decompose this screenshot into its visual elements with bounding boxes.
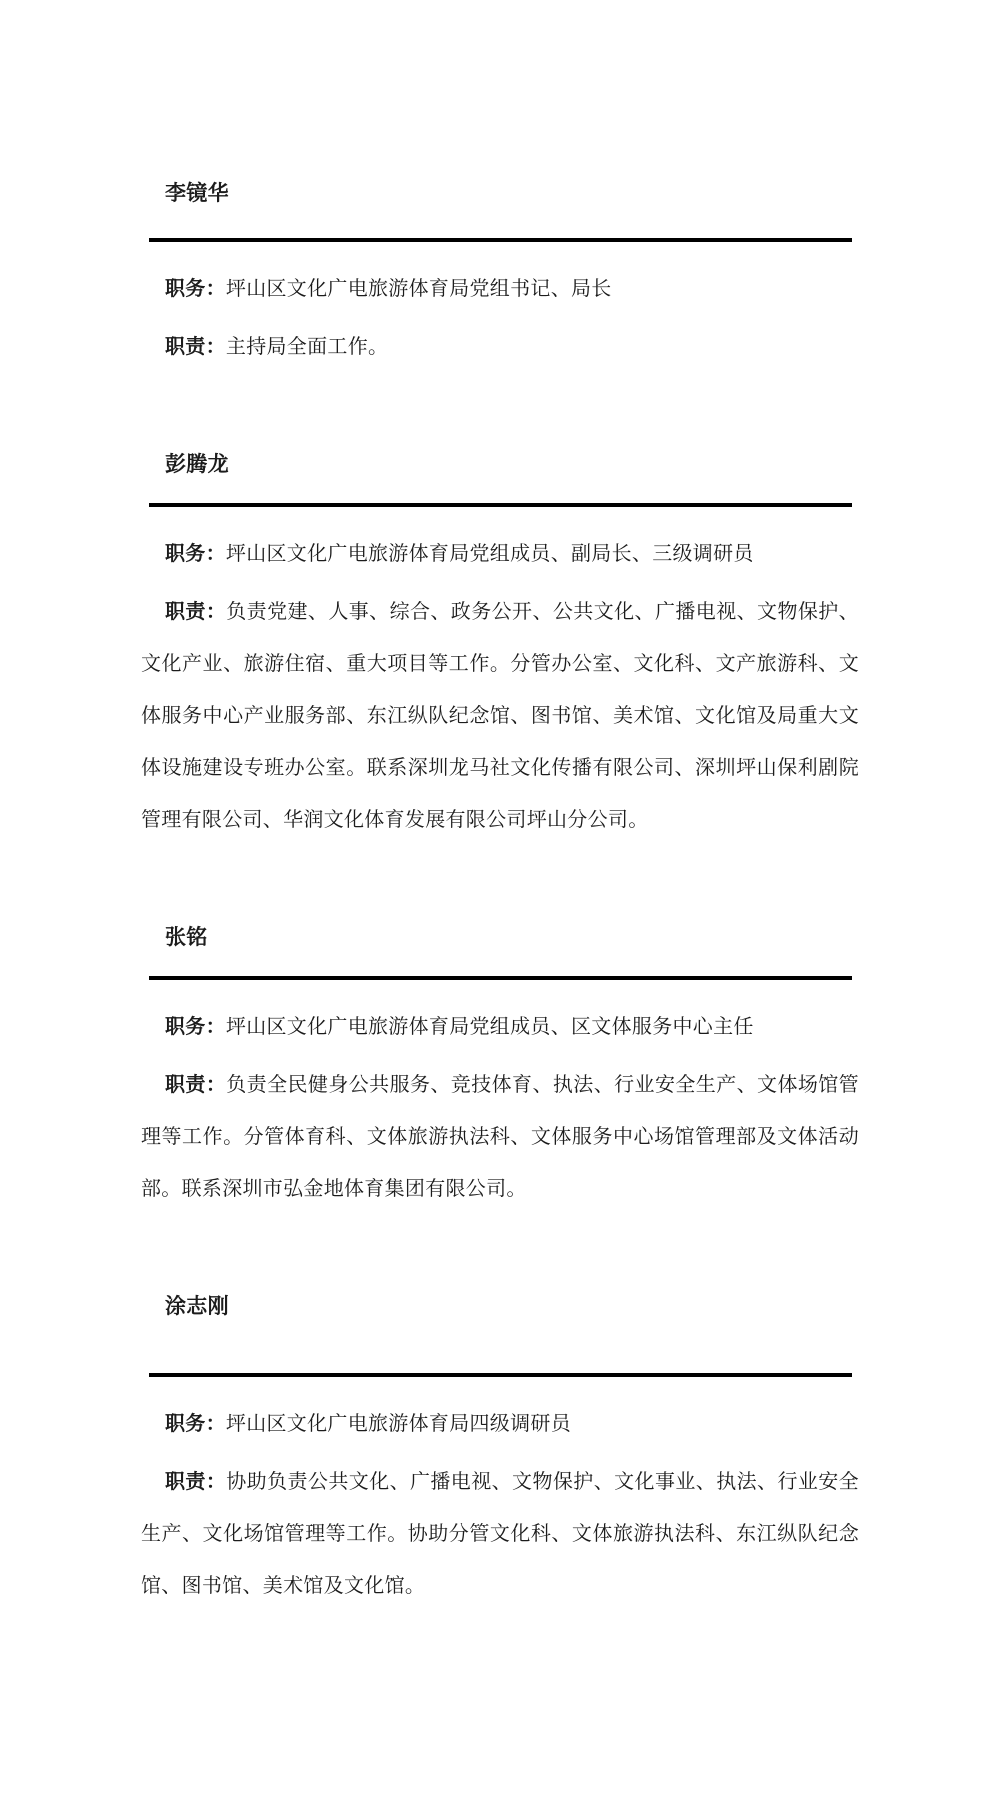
divider-rule <box>149 1373 852 1377</box>
responsibility-label: 职责： <box>165 601 226 623</box>
responsibility-text: 负责全民健身公共服务、竞技体育、执法、行业安全生产、文体场馆管理等工作。分管体育… <box>141 1074 859 1200</box>
duty-label: 职务： <box>165 278 226 300</box>
official-entry: 彭腾龙 职务：坪山区文化广电旅游体育局党组成员、副局长、三级调研员 职责：负责党… <box>141 449 859 846</box>
responsibility-label: 职责： <box>165 1471 226 1493</box>
divider-rule <box>149 238 852 242</box>
responsibility-text: 主持局全面工作。 <box>226 336 388 358</box>
responsibility-label: 职责： <box>165 1074 226 1096</box>
duty-label: 职务： <box>165 1413 226 1435</box>
duty-label: 职务： <box>165 543 226 565</box>
duty-paragraph: 职务：坪山区文化广电旅游体育局党组成员、副局长、三级调研员 <box>141 528 859 580</box>
duty-paragraph: 职务：坪山区文化广电旅游体育局党组书记、局长 <box>141 263 859 315</box>
duty-text: 坪山区文化广电旅游体育局四级调研员 <box>226 1413 571 1435</box>
official-name: 彭腾龙 <box>141 449 859 479</box>
responsibility-paragraph: 职责：协助负责公共文化、广播电视、文物保护、文化事业、执法、行业安全生产、文化场… <box>141 1456 859 1612</box>
duty-text: 坪山区文化广电旅游体育局党组成员、副局长、三级调研员 <box>226 543 754 565</box>
duty-paragraph: 职务：坪山区文化广电旅游体育局党组成员、区文体服务中心主任 <box>141 1001 859 1053</box>
duty-text: 坪山区文化广电旅游体育局党组成员、区文体服务中心主任 <box>226 1016 754 1038</box>
official-entry: 李镜华 职务：坪山区文化广电旅游体育局党组书记、局长 职责：主持局全面工作。 <box>141 178 859 373</box>
official-entry: 涂志刚 职务：坪山区文化广电旅游体育局四级调研员 职责：协助负责公共文化、广播电… <box>141 1291 859 1612</box>
duty-paragraph: 职务：坪山区文化广电旅游体育局四级调研员 <box>141 1398 859 1450</box>
responsibility-paragraph: 职责：负责全民健身公共服务、竞技体育、执法、行业安全生产、文体场馆管理等工作。分… <box>141 1059 859 1215</box>
responsibility-paragraph: 职责：负责党建、人事、综合、政务公开、公共文化、广播电视、文物保护、文化产业、旅… <box>141 586 859 846</box>
document-page: 李镜华 职务：坪山区文化广电旅游体育局党组书记、局长 职责：主持局全面工作。 彭… <box>0 0 999 1797</box>
responsibility-text: 负责党建、人事、综合、政务公开、公共文化、广播电视、文物保护、文化产业、旅游住宿… <box>141 601 859 831</box>
responsibility-paragraph: 职责：主持局全面工作。 <box>141 321 859 373</box>
duty-label: 职务： <box>165 1016 226 1038</box>
official-name: 李镜华 <box>141 178 859 208</box>
official-entry: 张铭 职务：坪山区文化广电旅游体育局党组成员、区文体服务中心主任 职责：负责全民… <box>141 922 859 1215</box>
official-name: 涂志刚 <box>141 1291 859 1321</box>
divider-rule <box>149 503 852 507</box>
divider-rule <box>149 976 852 980</box>
responsibility-label: 职责： <box>165 336 226 358</box>
responsibility-text: 协助负责公共文化、广播电视、文物保护、文化事业、执法、行业安全生产、文化场馆管理… <box>141 1471 859 1597</box>
duty-text: 坪山区文化广电旅游体育局党组书记、局长 <box>226 278 612 300</box>
official-name: 张铭 <box>141 922 859 952</box>
